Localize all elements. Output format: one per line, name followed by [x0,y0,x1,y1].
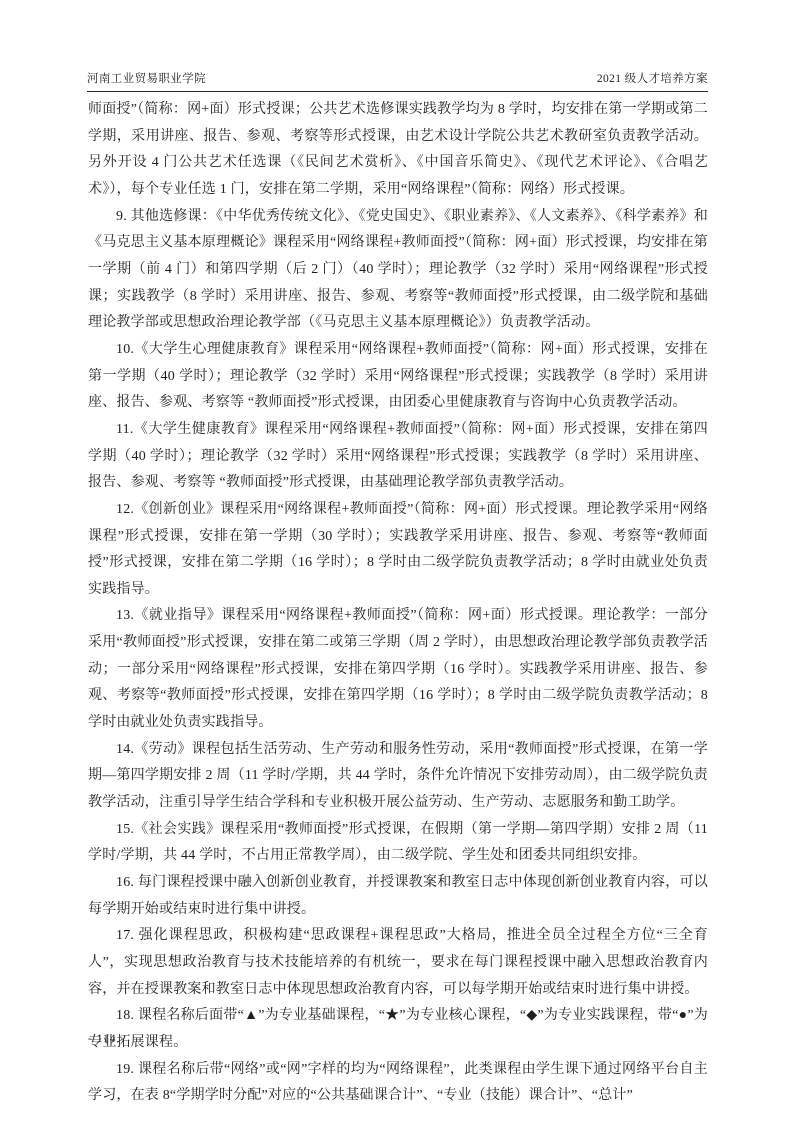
paragraph-4: 11.《大学生健康教育》课程采用“网络课程+教师面授”（简称：网+面）形式授课，… [88,417,708,497]
paragraph-11: 18. 课程名称后面带“▲”为专业基础课程，“★”为专业核心课程，“◆”为专业实… [88,1003,708,1056]
page-header: 河南工业贸易职业学院 2021 级人才培养方案 [87,70,708,92]
paragraph-6: 13.《就业指导》课程采用“网络课程+教师面授”（简称：网+面）形式授课。理论教… [88,603,708,736]
header-school-name: 河南工业贸易职业学院 [87,70,206,86]
page-footer: - 114 - [88,1033,125,1045]
paragraph-2: 9. 其他选修课：《中华优秀传统文化》、《党史国史》、《职业素养》、《人文素养》… [88,204,708,337]
paragraph-5: 12.《创新创业》课程采用“网络课程+教师面授”（简称：网+面）形式授课。理论教… [88,497,708,604]
paragraph-9: 16. 每门课程授课中融入创新创业教育，并授课教案和教室日志中体现创新创业教育内… [88,870,708,923]
paragraph-7: 14.《劳动》课程包括生活劳动、生产劳动和服务性劳动，采用“教师面授”形式授课，… [88,737,708,817]
paragraph-10: 17. 强化课程思政，积极构建“思政课程+课程思政”大格局，推进全员全过程全方位… [88,923,708,1003]
paragraph-12: 19. 课程名称后带“网络”或“网”字样的均为“网络课程”，此类课程由学生课下通… [88,1057,708,1110]
document-body: 师面授”（简称：网+面）形式授课；公共艺术选修课实践教学均为 8 学时，均安排在… [88,97,708,1110]
paragraph-3: 10.《大学生心理健康教育》课程采用“网络课程+教师面授”（简称：网+面）形式授… [88,337,708,417]
page-number: - 114 - [88,1033,125,1045]
paragraph-1: 师面授”（简称：网+面）形式授课；公共艺术选修课实践教学均为 8 学时，均安排在… [88,97,708,204]
document-page: 河南工业贸易职业学院 2021 级人才培养方案 师面授”（简称：网+面）形式授课… [0,0,793,1122]
paragraph-8: 15.《社会实践》课程采用“教师面授”形式授课，在假期（第一学期—第四学期）安排… [88,817,708,870]
header-doc-title: 2021 级人才培养方案 [597,70,708,86]
